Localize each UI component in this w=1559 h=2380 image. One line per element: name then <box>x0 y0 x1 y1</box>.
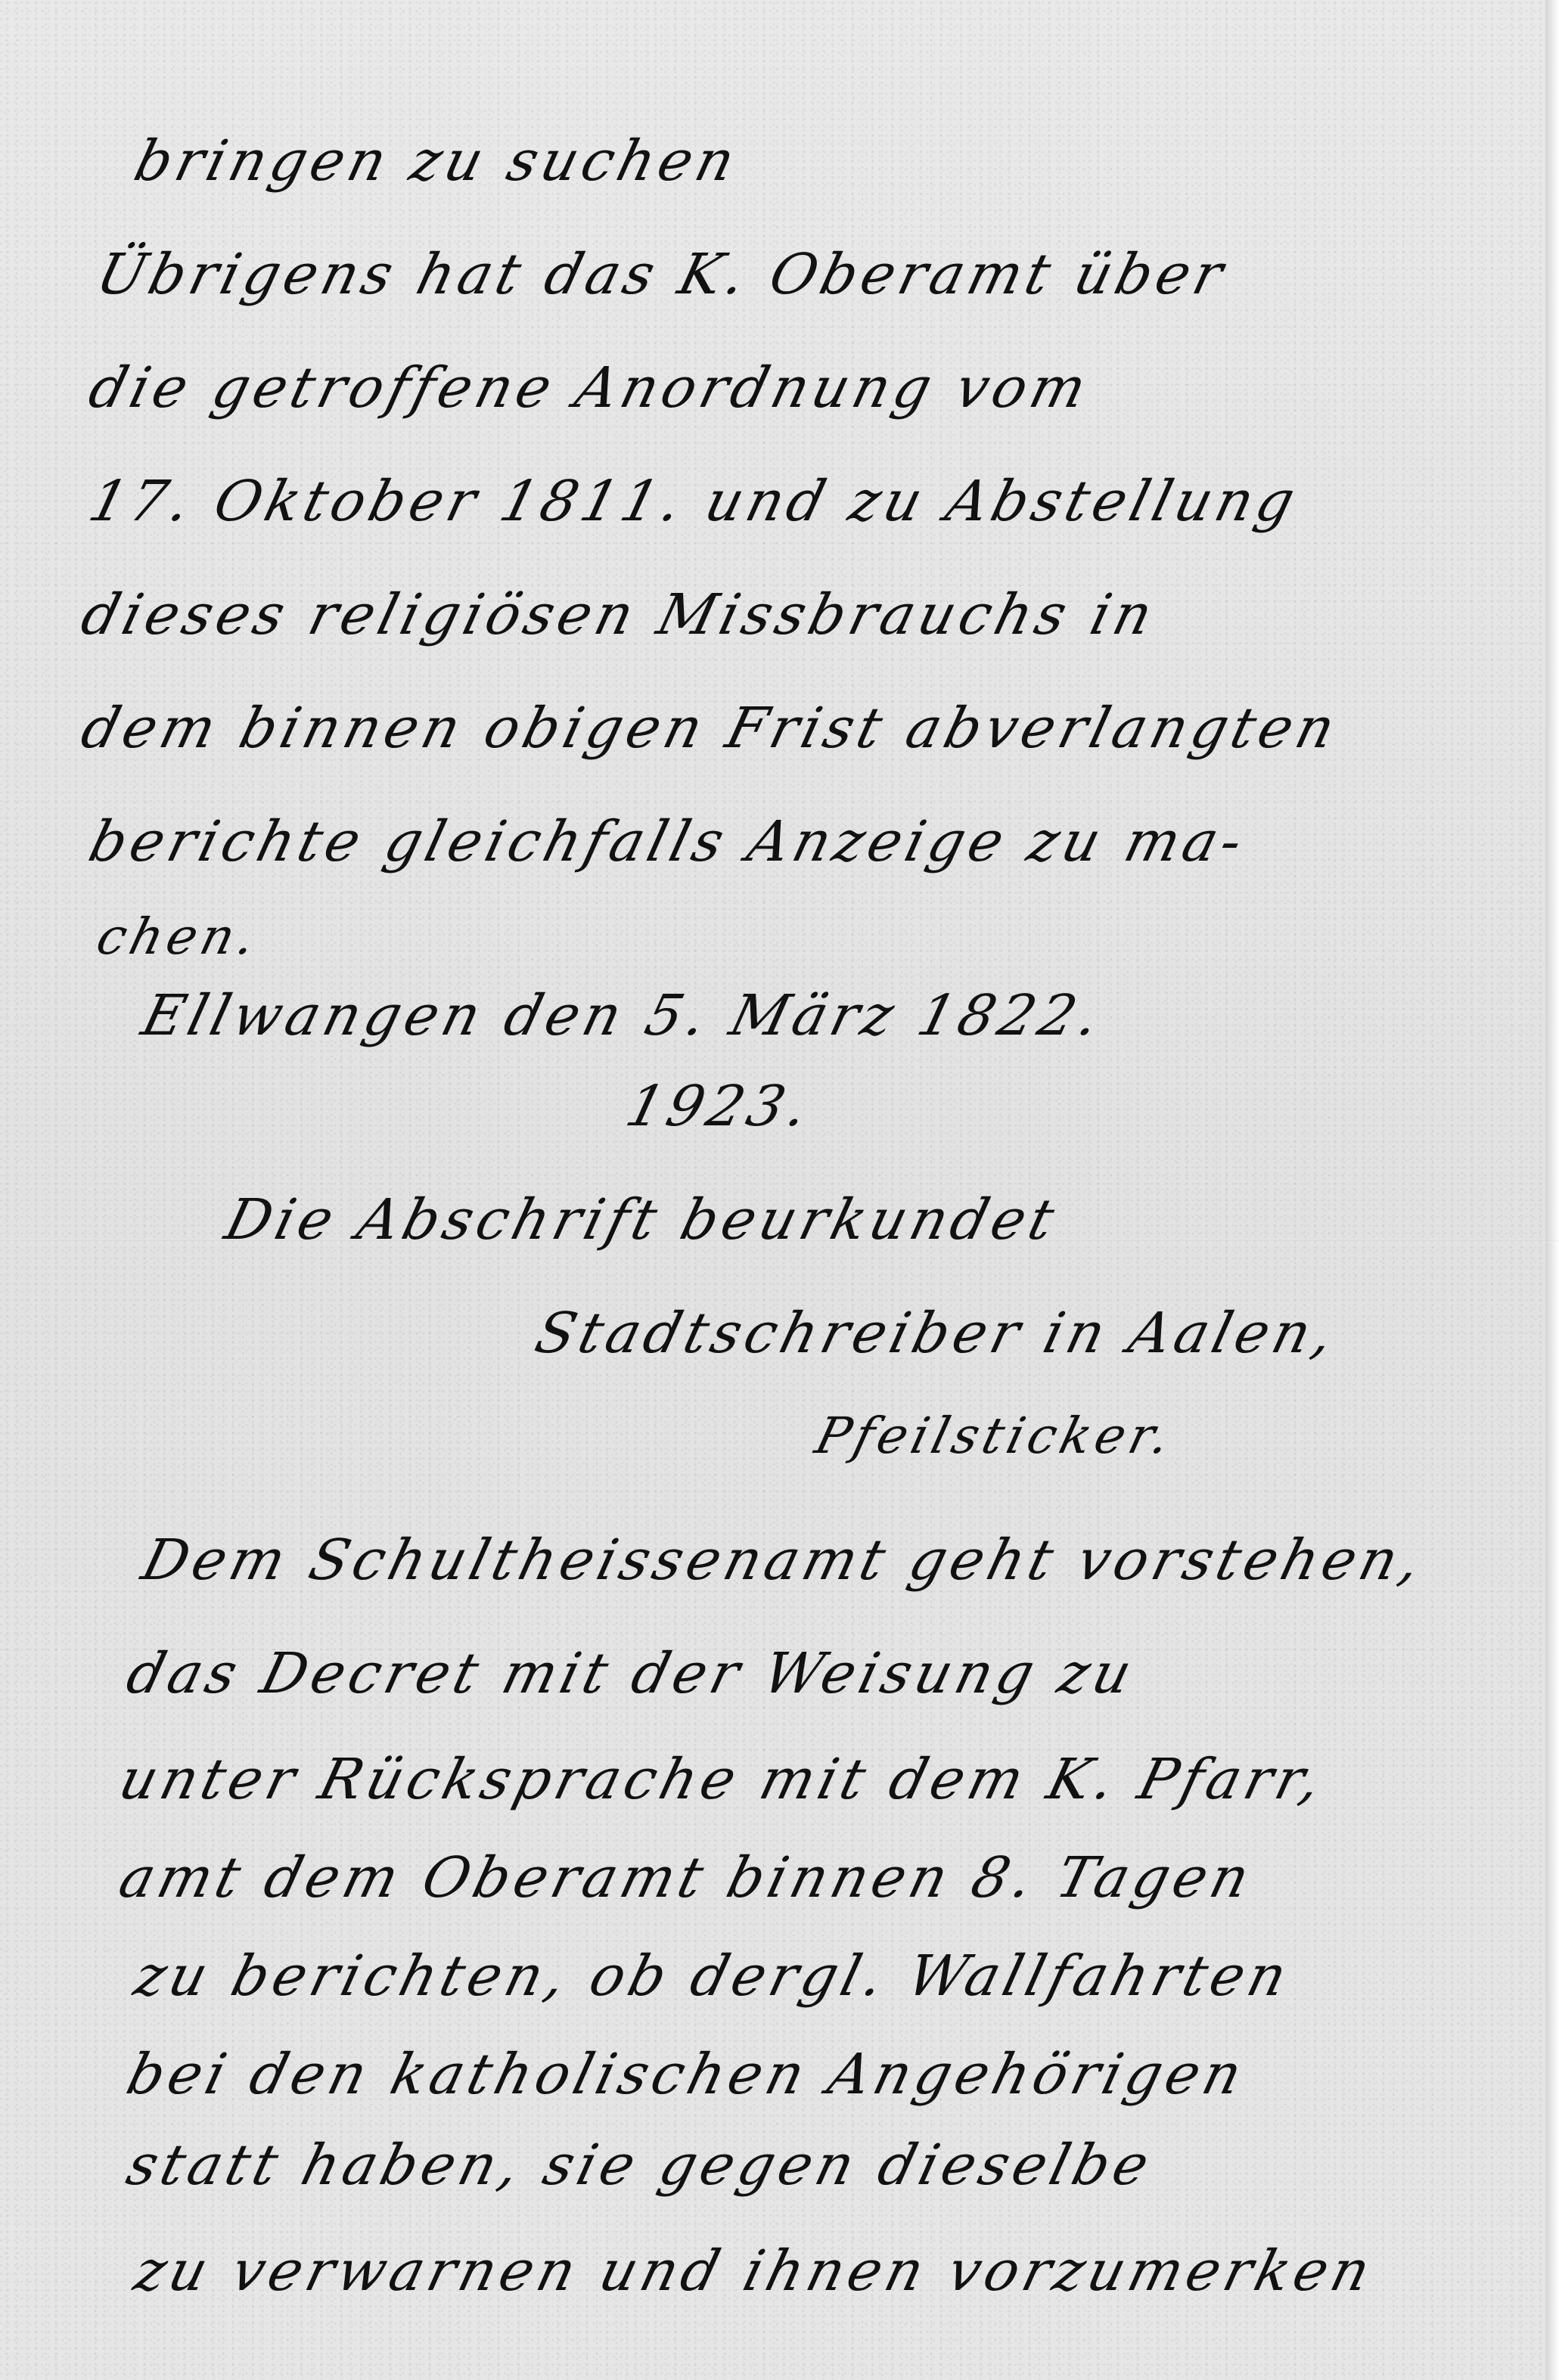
certification-line: Die Abschrift beurkundet <box>219 1187 1065 1252</box>
handwritten-line: das Decret mit der Weisung zu <box>120 1641 1142 1706</box>
handwritten-line: amt dem Oberamt binnen 8. Tagen <box>113 1845 1260 1910</box>
handwritten-line: die getroffene Anordnung vom <box>82 355 1097 420</box>
handwritten-line: unter Rücksprache mit dem K. Pfarr, <box>113 1747 1332 1812</box>
handwritten-line: dieses religiösen Missbrauchs in <box>75 582 1163 647</box>
signature: Pfeilsticker. <box>809 1407 1180 1465</box>
handwritten-line: dem binnen obigen Frist abverlangten <box>75 696 1346 761</box>
year-annotation: 1923. <box>620 1074 818 1139</box>
handwritten-line: zu berichten, ob dergl. Wallfahrten <box>128 1944 1297 2009</box>
paper-edge <box>1545 0 1559 2380</box>
handwritten-line: bringen zu suchen <box>128 129 745 194</box>
handwritten-line: 17. Oktober 1811. und zu Abstellung <box>82 469 1306 534</box>
date-line: Ellwangen den 5. März 1822. <box>135 983 1110 1048</box>
handwritten-line: chen. <box>91 908 266 966</box>
handwritten-line: Dem Schultheissenamt geht vorstehen, <box>135 1528 1431 1593</box>
handwritten-line: zu verwarnen und ihnen vorzumerken <box>128 2239 1380 2304</box>
document-page: bringen zu suchen Übrigens hat das K. Ob… <box>0 0 1559 2380</box>
title-line: Stadtschreiber in Aalen, <box>529 1301 1344 1366</box>
handwritten-line: bei den katholischen Angehörigen <box>120 2042 1253 2107</box>
handwritten-line: berichte gleichfalls Anzeige zu ma- <box>82 809 1253 874</box>
handwritten-line: Übrigens hat das K. Oberamt über <box>90 242 1234 307</box>
handwritten-line: statt haben, sie gegen dieselbe <box>120 2133 1160 2198</box>
